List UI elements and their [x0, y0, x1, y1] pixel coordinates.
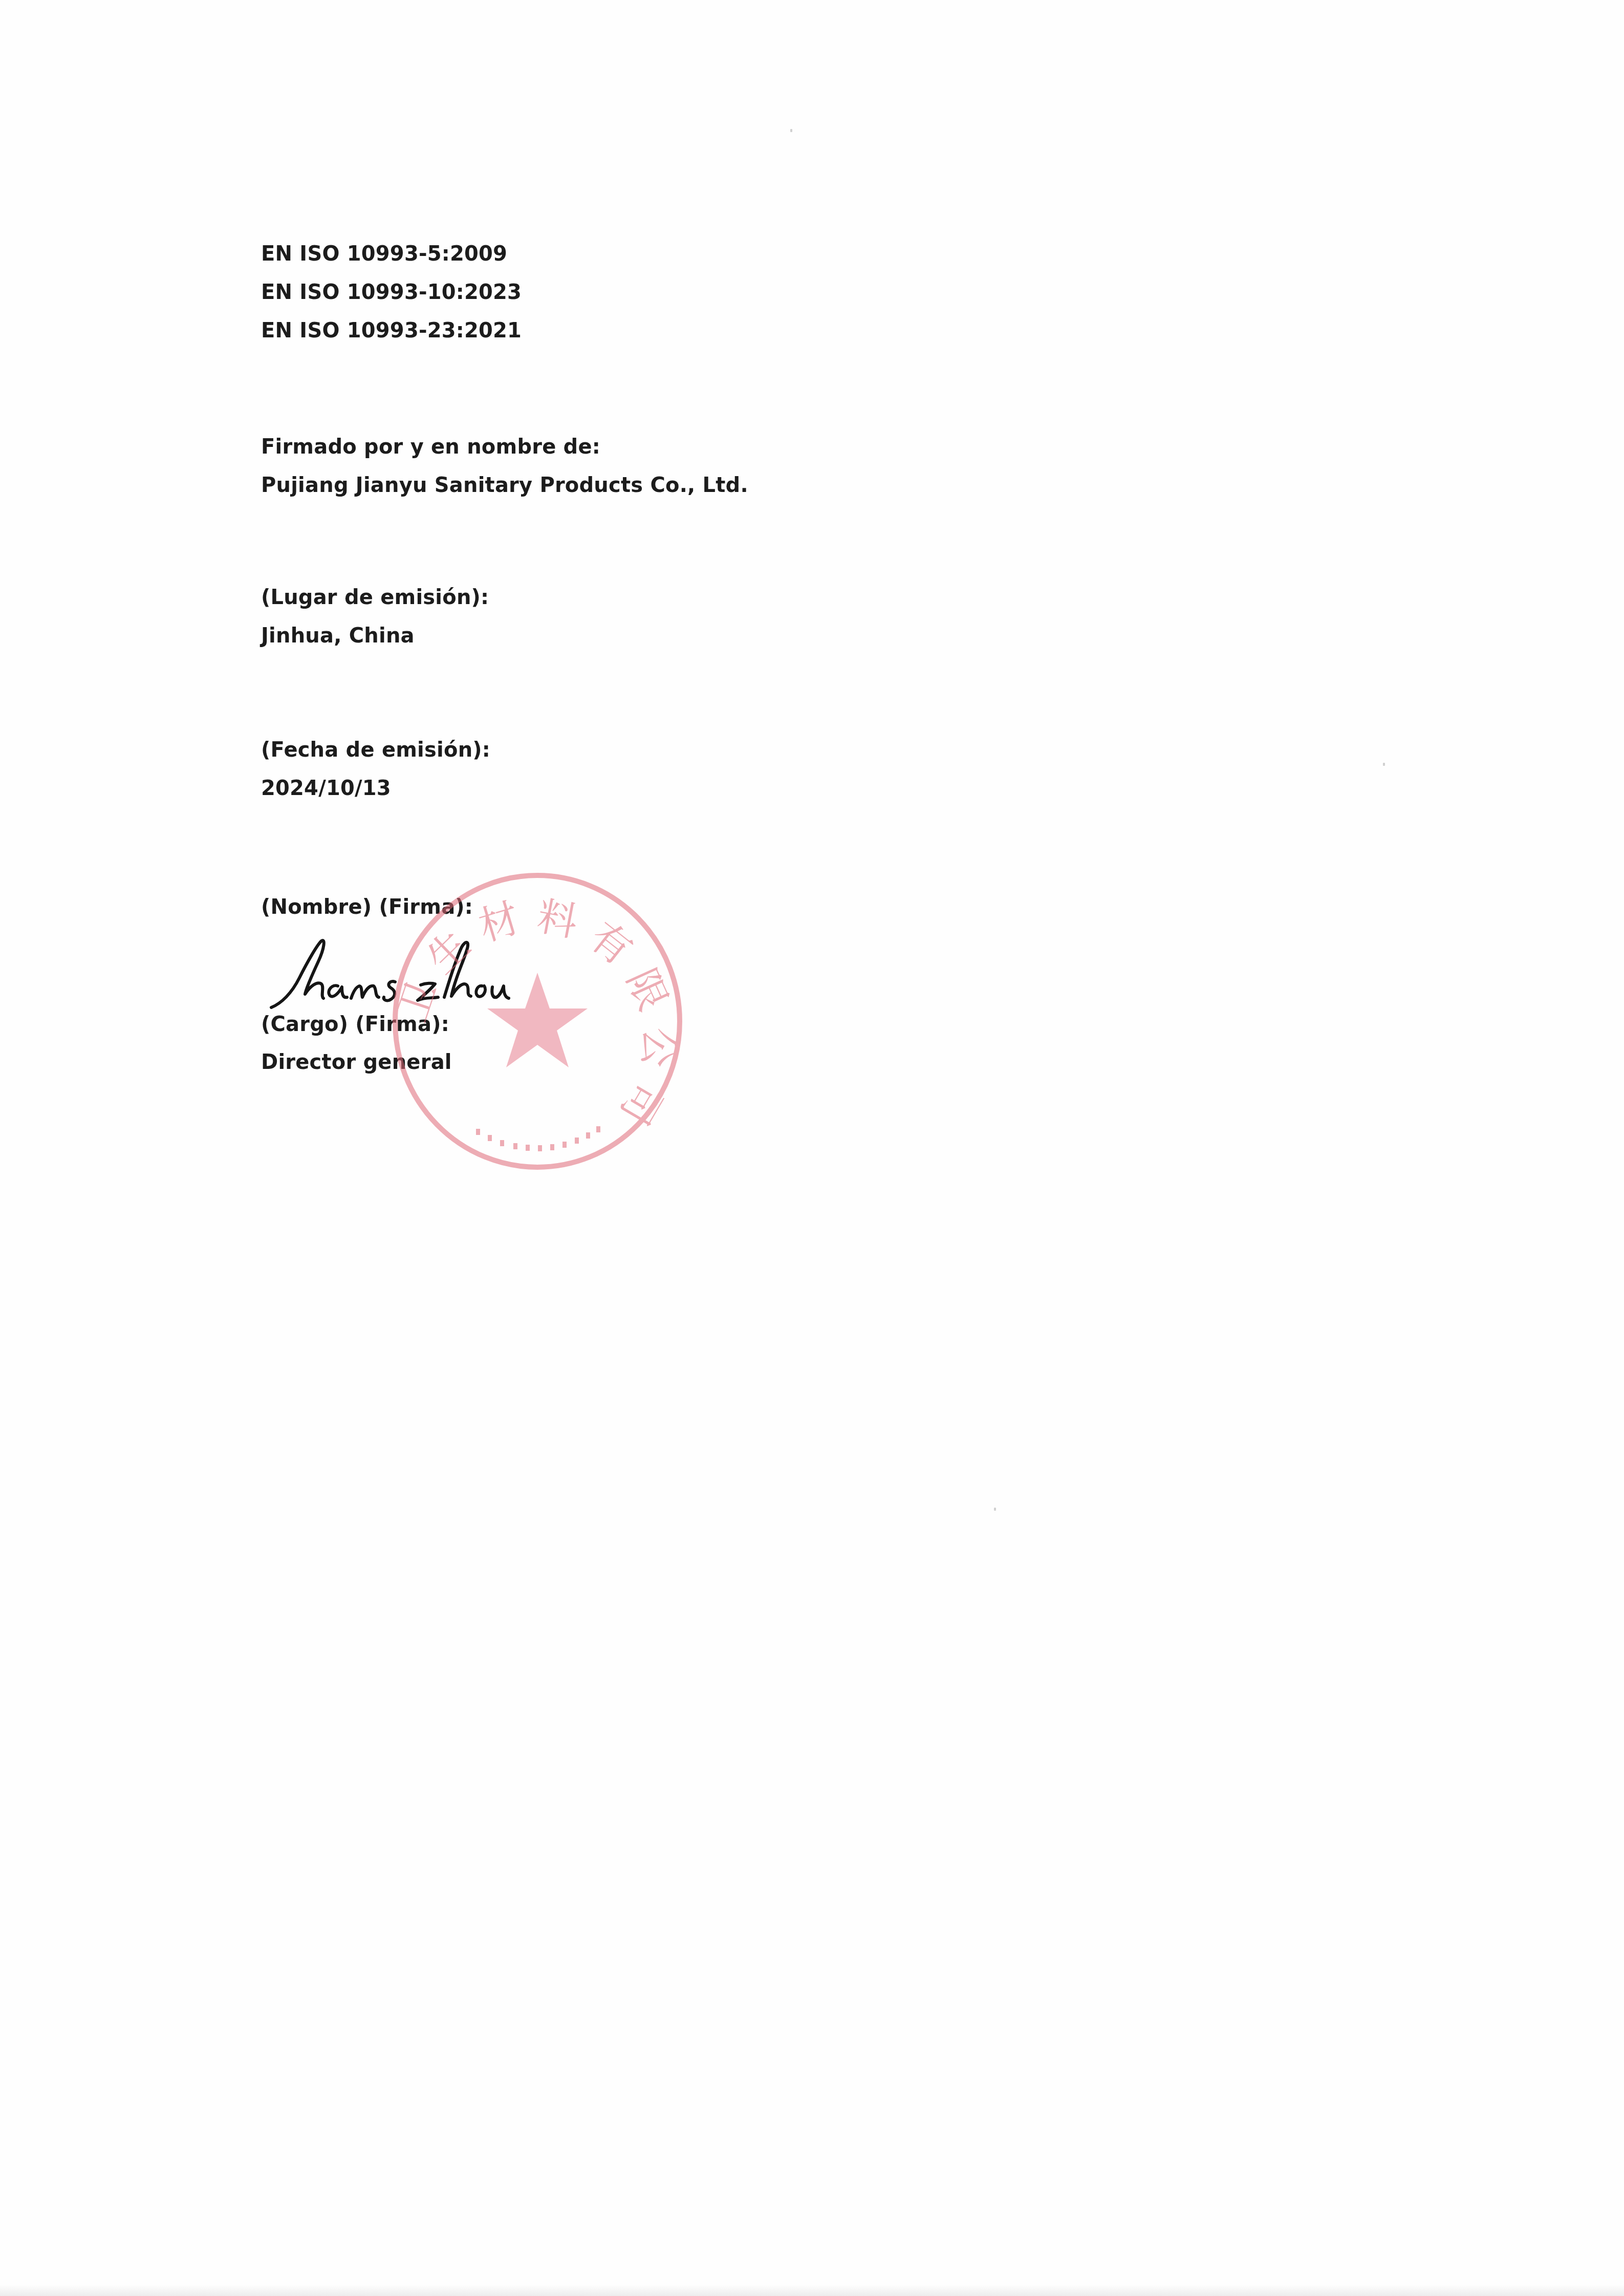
standard-line: EN ISO 10993-5:2009	[261, 244, 507, 264]
name-signature-label: (Nombre) (Firma):	[261, 897, 473, 917]
date-of-issue-value: 2024/10/13	[261, 778, 391, 799]
place-of-issue-value: Jinhua, China	[261, 626, 415, 646]
seal-number-band	[476, 1126, 600, 1151]
scan-speck	[1383, 763, 1385, 766]
document-page: EN ISO 10993-5:2009 EN ISO 10993-10:2023…	[0, 0, 1624, 2296]
place-of-issue-label: (Lugar de emisión):	[261, 587, 489, 608]
standard-line: EN ISO 10993-10:2023	[261, 282, 522, 303]
signed-on-behalf-label: Firmado por y en nombre de:	[261, 437, 600, 457]
date-of-issue-label: (Fecha de emisión):	[261, 740, 490, 760]
signature-icon	[261, 937, 527, 1014]
company-name: Pujiang Jianyu Sanitary Products Co., Lt…	[261, 475, 748, 496]
scan-edge	[0, 2285, 1624, 2296]
handwritten-signature	[261, 937, 527, 1014]
role-signature-label: (Cargo) (Firma):	[261, 1014, 449, 1035]
scan-speck	[790, 129, 792, 132]
scan-speck	[994, 1508, 996, 1511]
standard-line: EN ISO 10993-23:2021	[261, 320, 522, 341]
role-value: Director general	[261, 1052, 452, 1072]
